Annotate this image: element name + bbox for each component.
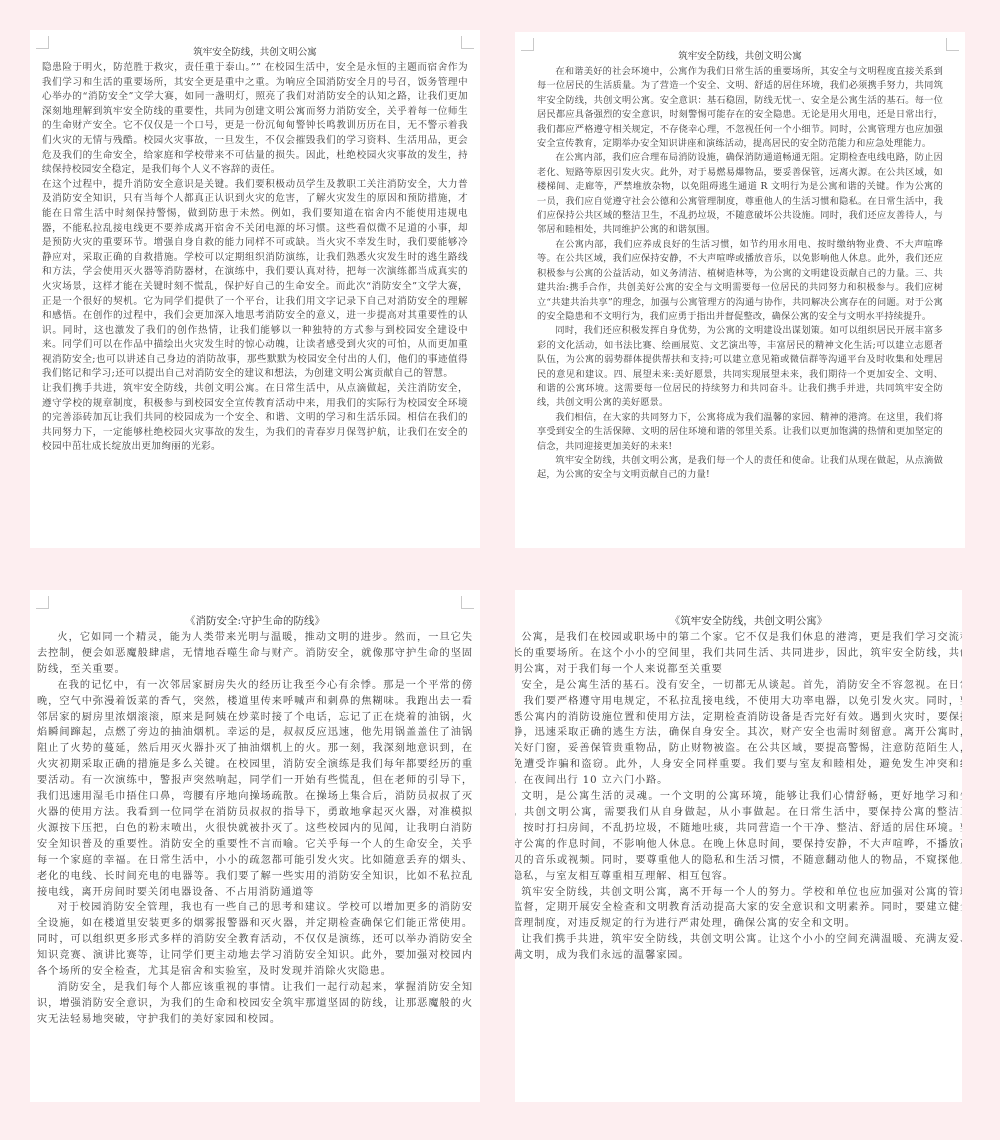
paragraph: 文明，是公寓生活的灵魂。一个文明的公寓环境，能够让我们心情舒畅，更好地学习和生活… [515,789,962,884]
margin-corner-mark [36,36,49,49]
paragraph: 火，它如同一个精灵，能为人类带来光明与温暖，推动文明的进步。然而，一旦它失去控制… [37,630,473,678]
paragraph: 隐患险于明火，防范胜于救灾，责任重于泰山。”” 在校园生活中，安全是永恒的主题而… [42,61,468,178]
paragraph: 公寓，是我们在校园或职场中的第二个家。它不仅是我们休息的港湾，更是我们学习交流和… [515,630,962,678]
paragraph: 在和谐美好的社会环境中，公寓作为我们日常生活的重要场所，其安全与文明程度直接关系… [537,65,943,151]
paragraph: 筑牢安全防线，共创文明公寓，离不开每一个人的努力。学校和单位也应加强对公寓的管理… [515,885,962,933]
margin-corner-mark [461,596,474,609]
paragraph: 消防安全，是我们每个人都应该重视的事情。让我们一起行动起来，掌握消防安全知识，增… [37,980,473,1028]
paragraph: 对于校园消防安全管理，我也有一些自己的思考和建议。学校可以增加更多的消防安全设施… [37,900,473,980]
document-page-3: 《消防安全:守护生命的防线》 火，它如同一个精灵，能为人类带来光明与温暖，推动文… [30,590,480,1102]
paragraph: 在公寓内部，我们应养成良好的生活习惯，如节约用水用电、按时缴纳物业费、不大声喧哗… [537,238,943,324]
document-title: 筑牢安全防线，共创文明公寓 [42,46,468,60]
paragraph: 我们相信，在大家的共同努力下，公寓将成为我们温馨的家园、精神的港湾。在这里，我们… [537,411,943,454]
paragraph: 让我们携手共进，筑牢安全防线，共创文明公寓。在日常生活中，从点滴做起，关注消防安… [42,382,468,455]
margin-corner-mark [521,38,534,51]
paragraph: 筑牢安全防线，共创文明公寓，是我们每一个人的责任和使命。让我们从现在做起，从点滴… [537,454,943,483]
document-page-2: 筑牢安全防线，共创文明公寓 在和谐美好的社会环境中，公寓作为我们日常生活的重要场… [515,32,965,548]
paragraph: 在我的记忆中，有一次邻居家厨房失火的经历让我至今心有余悸。那是一个平常的傍晚，空… [37,678,473,901]
margin-corner-mark [36,596,49,609]
paragraph: 安全，是公寓生活的基石。没有安全，一切都无从谈起。首先，消防安全不容忽视。在日常… [515,678,962,789]
paragraph: 在这个过程中，提升消防安全意识是关键。我们要积极动员学生及教职工关注消防安全，大… [42,178,468,382]
margin-corner-mark [946,38,959,51]
paragraph: 同时，我们还应积极发挥自身优势，为公寓的文明建设出谋划策。如可以组织居民开展丰富… [537,324,943,410]
document-title: 《筑牢安全防线，共创文明公寓》 [515,614,962,628]
document-page-4: 《筑牢安全防线，共创文明公寓》 公寓，是我们在校园或职场中的第二个家。它不仅是我… [515,590,962,1102]
document-title: 《消防安全:守护生命的防线》 [37,614,473,628]
paragraph: 在公寓内部，我们应合理布局消防设施，确保消防通道畅通无阻。定期检查电线电路，防止… [537,151,943,237]
document-title: 筑牢安全防线，共创文明公寓 [537,50,943,64]
margin-corner-mark [461,36,474,49]
paragraph: 让我们携手共进，筑牢安全防线，共创文明公寓。让这个小小的空间充满温暖、充满友爱、… [515,932,962,964]
document-page-1: 筑牢安全防线，共创文明公寓 隐患险于明火，防范胜于救灾，责任重于泰山。”” 在校… [30,30,480,548]
